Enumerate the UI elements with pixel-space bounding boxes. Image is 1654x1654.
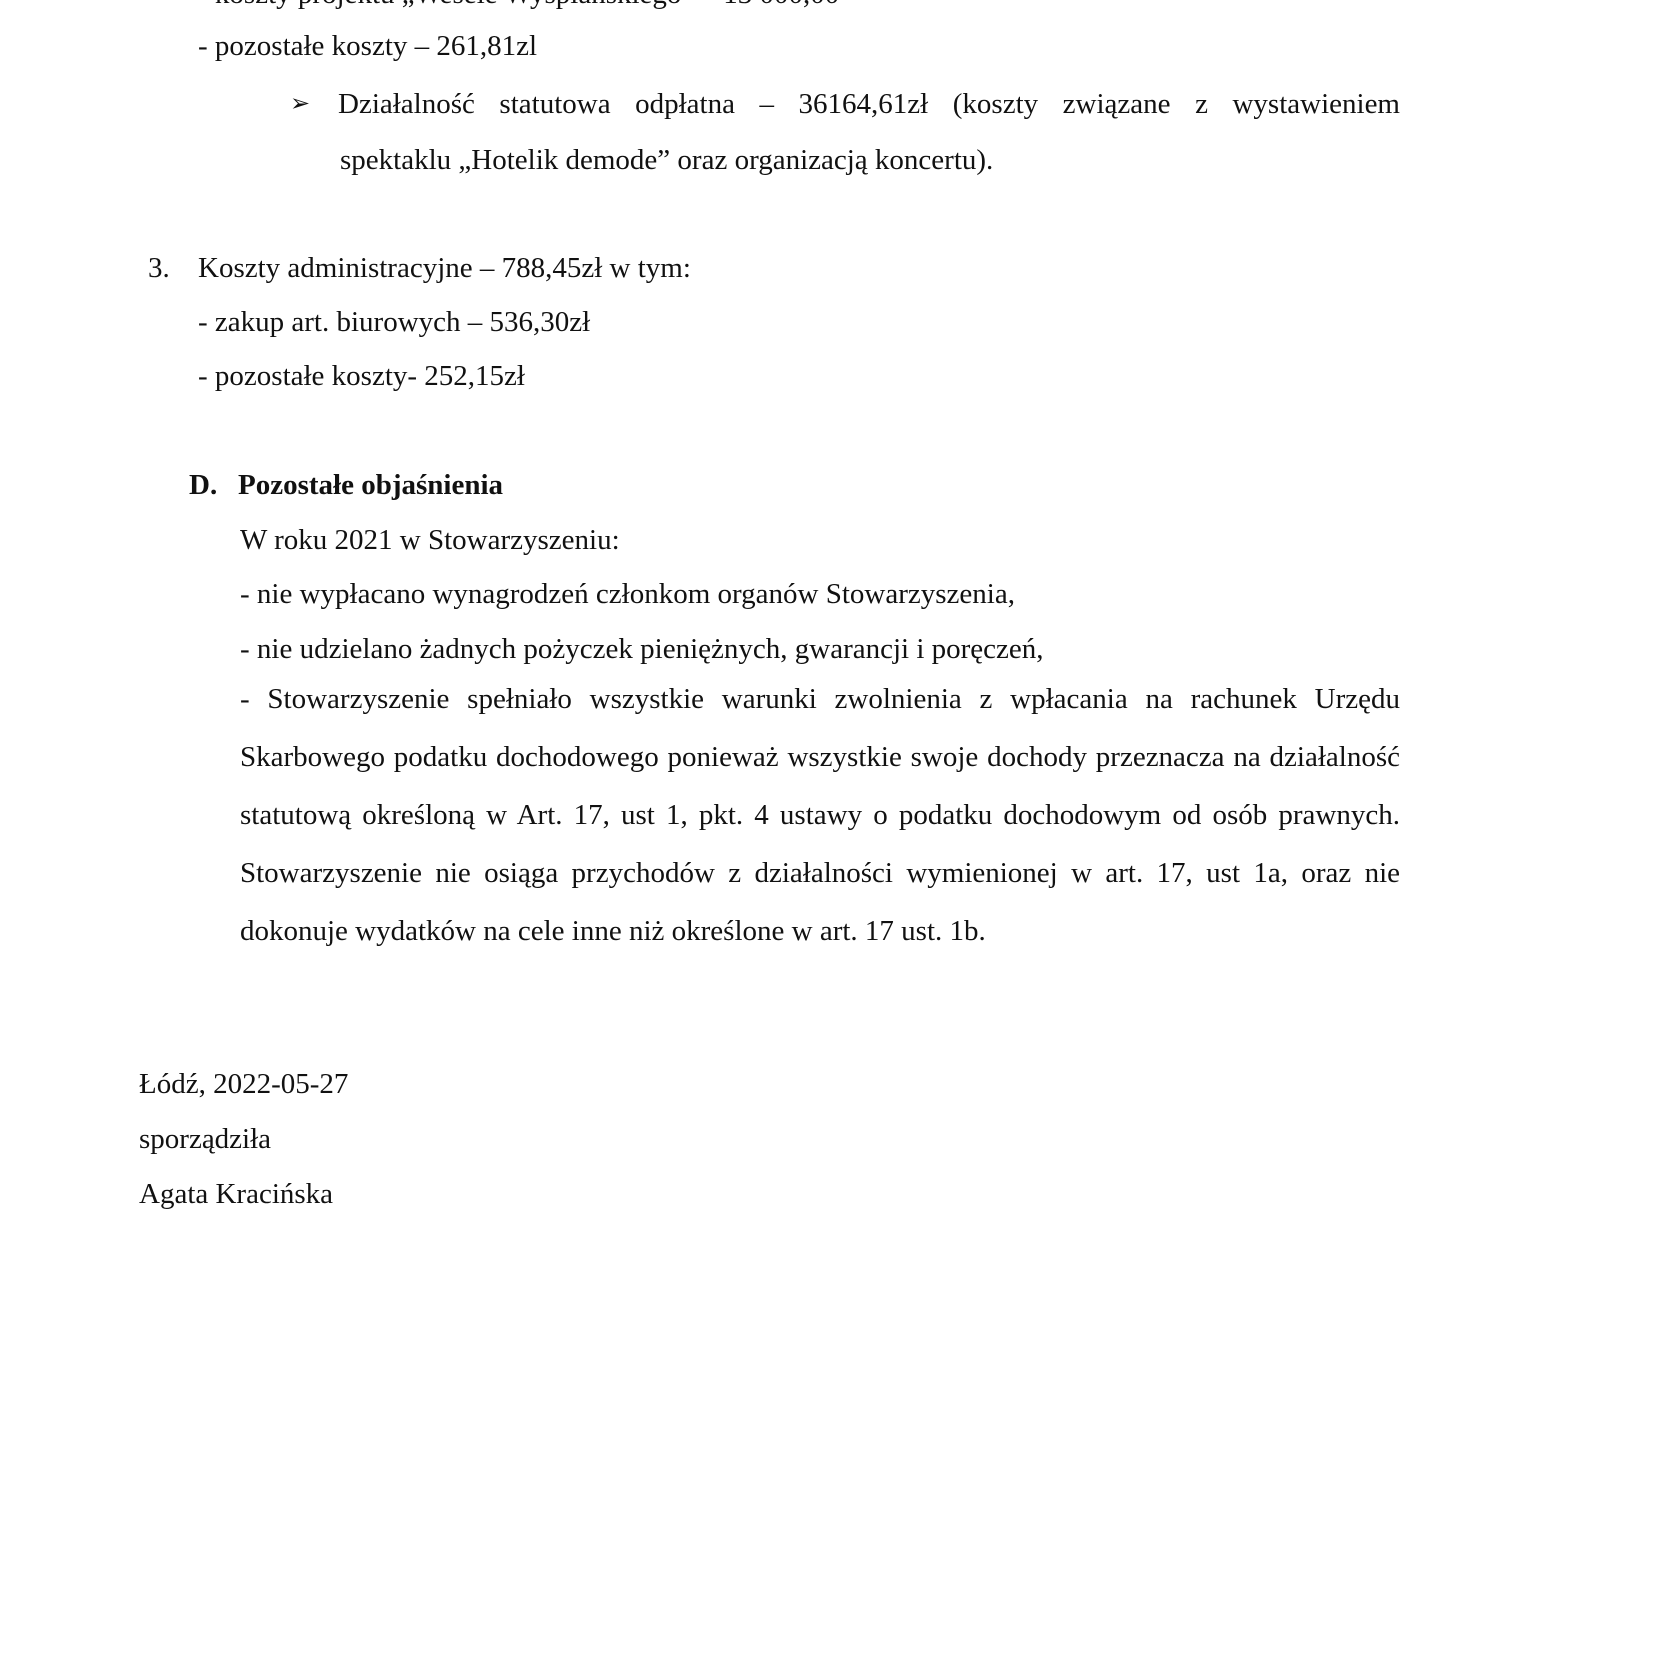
prepared-by-label: sporządziła — [139, 1121, 271, 1157]
place-date: Łódź, 2022-05-27 — [139, 1066, 348, 1102]
paid-activity-line2: spektaklu „Hotelik demode” oraz organiza… — [340, 142, 993, 178]
signatory-name: Agata Kracińska — [139, 1176, 333, 1212]
admin-cost-item: - zakup art. biurowych – 536,30zł — [198, 304, 590, 340]
admin-cost-item: - pozostałe koszty- 252,15zł — [198, 358, 525, 394]
arrow-bullet-icon: ➢ — [290, 86, 310, 122]
clipped-cost-line: - koszty projektu „Wesele Wyspiańskiego”… — [198, 0, 839, 12]
section-d-item: - nie udzielano żadnych pożyczek pienięż… — [240, 631, 1044, 667]
other-costs-line: - pozostałe koszty – 261,81zl — [198, 28, 537, 64]
admin-costs-number: 3. — [148, 250, 170, 286]
section-d-letter: D. — [189, 467, 217, 503]
section-d-item: - nie wypłacano wynagrodzeń członkom org… — [240, 576, 1015, 612]
paid-activity-line1: Działalność statutowa odpłatna – 36164,6… — [338, 86, 1400, 122]
section-d-paragraph: - Stowarzyszenie spełniało wszystkie war… — [240, 670, 1400, 960]
section-d-heading: Pozostałe objaśnienia — [238, 467, 503, 503]
section-d-intro: W roku 2021 w Stowarzyszeniu: — [240, 522, 620, 558]
admin-costs-title: Koszty administracyjne – 788,45zł w tym: — [198, 250, 691, 286]
